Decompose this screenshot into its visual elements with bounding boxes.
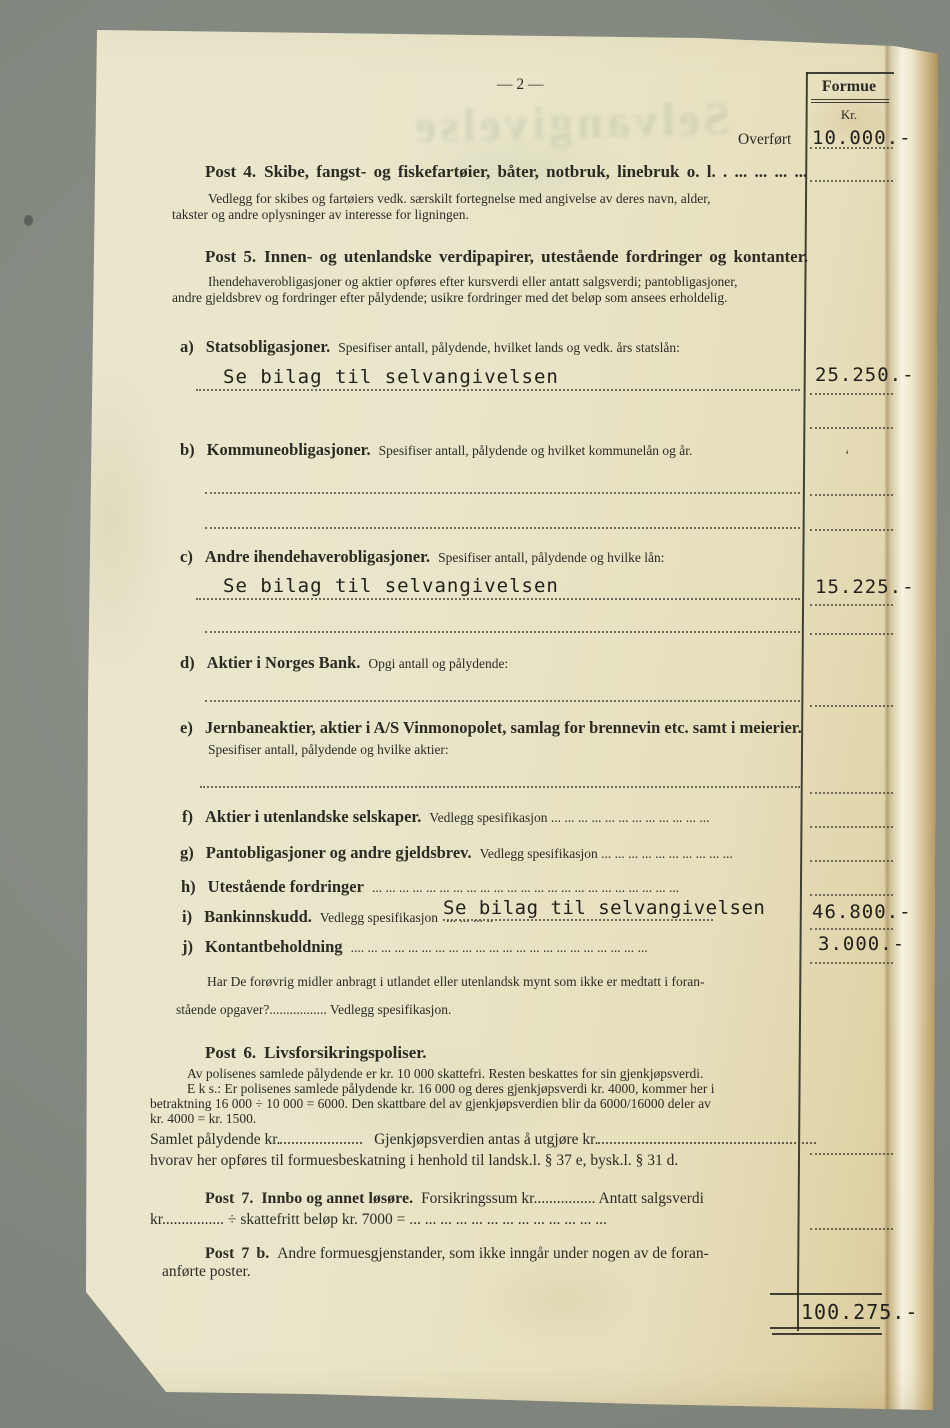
item-g-label: Pantobligasjoner og andre gjeldsbrev. [206, 843, 472, 862]
column-dotted-line [810, 792, 893, 794]
item-b-label: Kommuneobligasjoner. [207, 440, 371, 459]
item-j-letter: j) [182, 937, 193, 956]
item-g-desc: Vedlegg spesifikasjon ... ... ... ... ..… [480, 846, 733, 861]
item-a-letter: a) [180, 337, 194, 356]
item-a-label: Statsobligasjoner. [206, 337, 331, 356]
post6-sum-label: Samlet pålydende kr. [150, 1131, 280, 1148]
column-dotted-line [810, 705, 893, 707]
post7b-line1: Andre formuesgjenstander, som ikke inngå… [277, 1245, 709, 1262]
entry-dotted-line [205, 492, 800, 494]
amount-column-unit: Kr. [806, 107, 892, 123]
entry-dotted-line [443, 919, 713, 921]
column-dotted-line [810, 894, 893, 896]
item-h-letter: h) [181, 877, 196, 896]
post7b-title: Post 7 b. [205, 1245, 269, 1262]
page-number: — 2 — [497, 76, 544, 94]
post6-note-line4: kr. 4000 = kr. 1500. [150, 1111, 256, 1127]
item-e-letter: e) [180, 718, 193, 737]
post7b-line2: anførte poster. [162, 1263, 251, 1281]
item-i-letter: i) [182, 907, 192, 926]
column-dotted-line [810, 147, 893, 149]
fill-in-dotted-line [280, 1130, 362, 1144]
post7-heading: Innbo og annet løsøre. [261, 1190, 413, 1207]
post6-note-line3: betraktning 16 000 ÷ 10 000 = 6000. Den … [150, 1096, 711, 1112]
item-a-entry: Se bilag til selvangivelsen [223, 366, 559, 388]
post6-note-line1: Av polisenes samlede pålydende er kr. 10… [187, 1066, 703, 1082]
item-i-value: 46.800.- [812, 901, 912, 923]
total-bottom-rule [770, 1327, 880, 1329]
scanned-document: Selvangivelse — 2 — Formue Kr. Overført … [0, 0, 950, 1428]
item-d-label: Aktier i Norges Bank. [207, 653, 361, 672]
column-dotted-line [810, 928, 893, 930]
column-dotted-line [810, 962, 893, 964]
post7-line1-rest: Forsikringssum kr................ Antatt… [421, 1190, 704, 1207]
column-dotted-line [810, 860, 893, 862]
column-dotted-line [810, 1153, 893, 1155]
entry-dotted-line [205, 631, 800, 633]
item-e-desc: Spesifiser antall, pålydende og hvilke a… [208, 742, 449, 758]
stray-mark: ‘ [845, 447, 850, 463]
fill-in-dotted-line [598, 1130, 816, 1144]
item-c-entry: Se bilag til selvangivelsen [223, 575, 559, 597]
item-j-desc: .... ... ... ... ... ... ... ... ... ...… [351, 940, 648, 955]
item-a-value: 25.250.- [815, 364, 915, 386]
total-top-rule [770, 1293, 882, 1295]
post4-title: Post 4. [205, 162, 256, 181]
column-dotted-line [810, 427, 893, 429]
post7-title: Post 7. [205, 1190, 253, 1207]
item-h-desc: ... ... ... ... ... ... ... ... ... ... … [372, 880, 679, 895]
post6-note-line2: E k s.: Er polisenes samlede pålydende k… [187, 1081, 715, 1097]
item-d-desc: Opgi antall og pålydende: [368, 656, 508, 671]
item-g-letter: g) [180, 843, 194, 862]
item-i-label: Bankinnskudd. [204, 907, 312, 926]
carried-forward-value: 10.000.- [812, 127, 912, 149]
post5-title: Post 5. [205, 247, 256, 266]
paper-sheet: Selvangivelse — 2 — Formue Kr. Overført … [0, 0, 950, 1428]
item-b-letter: b) [180, 440, 195, 459]
item-i-entry: Se bilag til selvangivelsen [443, 897, 765, 919]
background-speck [24, 215, 33, 226]
column-dotted-line [810, 494, 893, 496]
item-c-desc: Spesifiser antall, pålydende og hvilke l… [438, 550, 664, 565]
entry-dotted-line [205, 700, 800, 702]
item-c-label: Andre ihendehaverobligasjoner. [205, 547, 430, 566]
post4-note-line1: Vedlegg for skibes og fartøiers vedk. sæ… [208, 191, 711, 207]
post6-title: Post 6. [205, 1043, 256, 1062]
entry-dotted-line [200, 786, 800, 788]
total-vertical-rule [797, 1293, 799, 1331]
post5-note-line1: Ihendehaverobligasjoner og aktier opføre… [208, 274, 738, 290]
entry-dotted-line [196, 598, 800, 600]
column-dotted-line [810, 604, 893, 606]
entry-dotted-line [205, 527, 800, 529]
column-dotted-line [810, 633, 893, 635]
item-j-label: Kontantbeholdning [205, 937, 343, 956]
foreign-note-line1: Har De forøvrig midler anbragt i utlande… [207, 974, 704, 990]
post7-line2: kr................ ÷ skattefritt beløp k… [150, 1211, 607, 1229]
post4-note-line2: takster og andre oplysninger av interess… [172, 207, 469, 223]
item-f-label: Aktier i utenlandske selskaper. [205, 807, 421, 826]
item-h-label: Utestående fordringer [208, 877, 364, 896]
carried-forward-label: Overført [738, 131, 791, 149]
item-c-value: 15.225.- [815, 576, 915, 598]
entry-dotted-line [196, 389, 800, 391]
item-a-desc: Spesifiser antall, pålydende, hvilket la… [338, 340, 680, 355]
post5-note-line2: andre gjeldsbrev og fordringer efter pål… [172, 290, 728, 306]
column-dotted-line [810, 826, 893, 828]
column-header-rule [811, 102, 889, 103]
total-value: 100.275.- [801, 1300, 918, 1324]
post6-heading: Livsforsikringspoliser. [264, 1043, 426, 1062]
amount-column-header: Formue [806, 78, 892, 96]
column-dotted-line [810, 180, 893, 182]
item-b-desc: Spesifiser antall, pålydende og hvilket … [379, 443, 693, 458]
foreign-note-line2: stående opgaver?................. Vedleg… [176, 1002, 451, 1018]
column-dotted-line [810, 529, 893, 531]
post6-surrender-label: Gjenkjøpsverdien antas å utgjøre kr. [374, 1131, 598, 1148]
column-header-rule [811, 99, 889, 100]
post6-law-line: hvorav her opføres til formuesbeskatning… [150, 1152, 678, 1170]
column-dotted-line [810, 1228, 893, 1230]
total-bottom-rule [772, 1333, 882, 1335]
item-f-letter: f) [182, 807, 193, 826]
column-top-rule [806, 72, 894, 74]
item-f-desc: Vedlegg spesifikasjon ... ... ... ... ..… [429, 810, 709, 825]
column-dotted-line [810, 393, 893, 395]
item-i-desc: Vedlegg spesifikasjon [320, 910, 438, 925]
item-e-label: Jernbaneaktier, aktier i A/S Vinmonopole… [205, 718, 802, 737]
item-d-letter: d) [180, 653, 195, 672]
post4-heading: Skibe, fangst- og fiskefartøier, båter, … [264, 162, 807, 181]
post5-heading: Innen- og utenlandske verdipapirer, utes… [264, 247, 808, 266]
item-j-value: 3.000.- [818, 933, 905, 955]
item-c-letter: c) [180, 547, 193, 566]
